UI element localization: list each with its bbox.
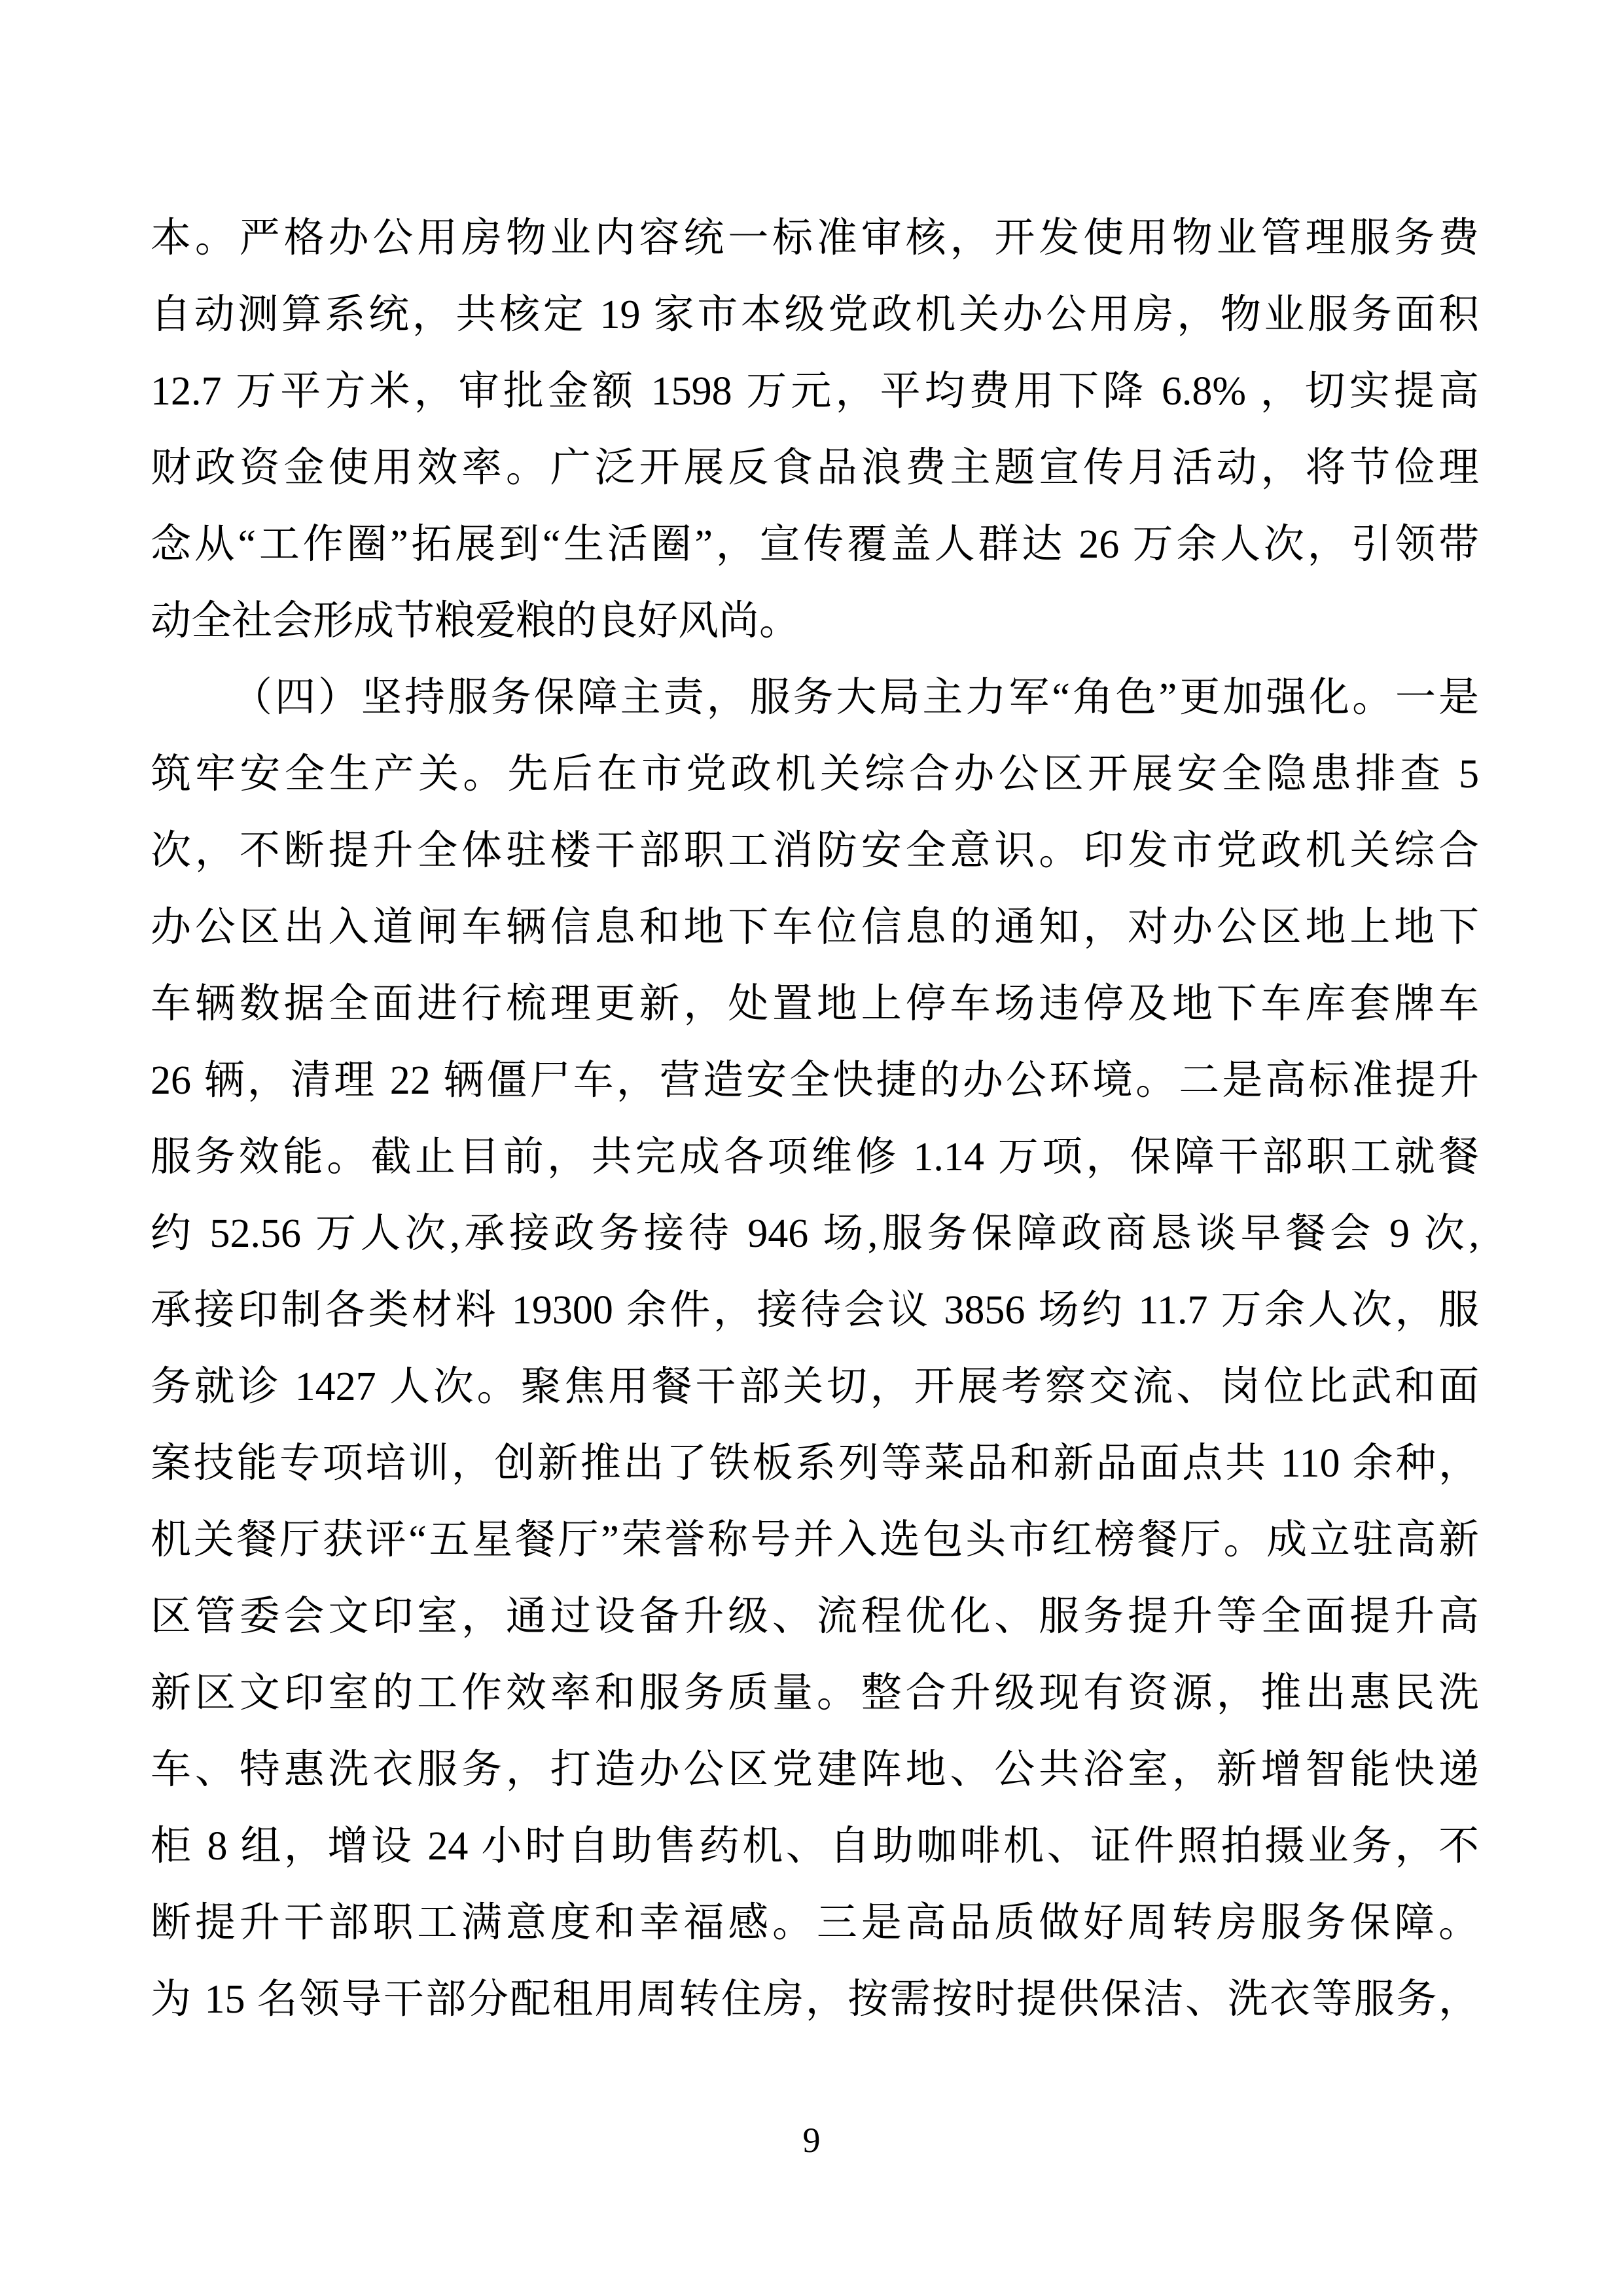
text-line: 为 15 名领导干部分配租用周转住房，按需按时提供保洁、洗衣等服务，: [151, 1962, 1479, 2038]
text-line: 承接印制各类材料 19300 余件，接待会议 3856 场约 11.7 万余人次…: [151, 1272, 1479, 1349]
text-line: 动全社会形成节粮爱粮的良好风尚。: [151, 583, 1479, 660]
text-line: 办公区出入道闸车辆信息和地下车位信息的通知，对办公区地上地下: [151, 889, 1479, 966]
document-page: 本。严格办公用房物业内容统一标准审核，开发使用物业管理服务费 自动测算系统，共核…: [0, 0, 1623, 2296]
text-line: 车、特惠洗衣服务，打造办公区党建阵地、公共浴室，新增智能快递: [151, 1732, 1479, 1808]
text-line: 案技能专项培训，创新推出了铁板系列等菜品和新品面点共 110 余种，: [151, 1426, 1479, 1502]
text-line: 车辆数据全面进行梳理更新，处置地上停车场违停及地下车库套牌车: [151, 966, 1479, 1043]
text-line: 务就诊 1427 人次。聚焦用餐干部关切，开展考察交流、岗位比武和面: [151, 1349, 1479, 1426]
text-line: 自动测算系统，共核定 19 家市本级党政机关办公用房，物业服务面积: [151, 277, 1479, 353]
page-number: 9: [0, 2121, 1623, 2160]
text-line: 服务效能。截止目前，共完成各项维修 1.14 万项，保障干部职工就餐: [151, 1119, 1479, 1196]
text-line: 断提升干部职工满意度和幸福感。三是高品质做好周转房服务保障。: [151, 1885, 1479, 1962]
text-line: 本。严格办公用房物业内容统一标准审核，开发使用物业管理服务费: [151, 200, 1479, 277]
text-line: 柜 8 组，增设 24 小时自助售药机、自助咖啡机、证件照拍摄业务，不: [151, 1808, 1479, 1885]
text-line: （四）坚持服务保障主责，服务大局主力军“角色”更加强化。一是: [151, 660, 1479, 736]
text-line: 12.7 万平方米，审批金额 1598 万元，平均费用下降 6.8% ，切实提高: [151, 353, 1479, 430]
page-body: 本。严格办公用房物业内容统一标准审核，开发使用物业管理服务费 自动测算系统，共核…: [151, 200, 1479, 2038]
text-line: 次，不断提升全体驻楼干部职工消防安全意识。印发市党政机关综合: [151, 813, 1479, 889]
text-line: 新区文印室的工作效率和服务质量。整合升级现有资源，推出惠民洗: [151, 1655, 1479, 1732]
text-line: 26 辆，清理 22 辆僵尸车，营造安全快捷的办公环境。二是高标准提升: [151, 1043, 1479, 1119]
text-line: 机关餐厅获评“五星餐厅”荣誉称号并入选包头市红榜餐厅。成立驻高新: [151, 1502, 1479, 1579]
text-line: 念从“工作圈”拓展到“生活圈”，宣传覆盖人群达 26 万余人次，引领带: [151, 507, 1479, 583]
text-line: 区管委会文印室，通过设备升级、流程优化、服务提升等全面提升高: [151, 1579, 1479, 1655]
text-line: 财政资金使用效率。广泛开展反食品浪费主题宣传月活动，将节俭理: [151, 430, 1479, 507]
text-line: 筑牢安全生产关。先后在市党政机关综合办公区开展安全隐患排查 5: [151, 736, 1479, 813]
text-line: 约 52.56 万人次,承接政务接待 946 场,服务保障政商恳谈早餐会 9 次…: [151, 1196, 1479, 1272]
